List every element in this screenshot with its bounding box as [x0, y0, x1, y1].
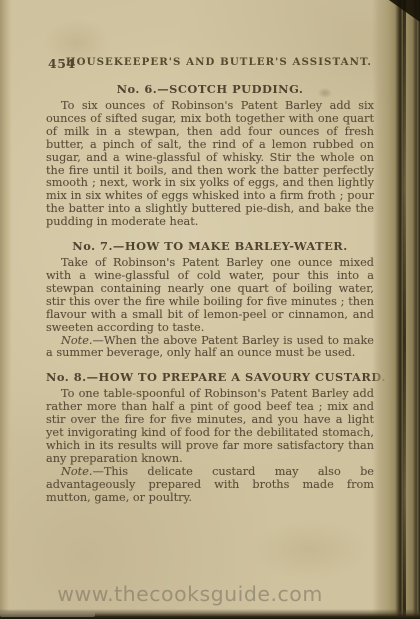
page-crease-line — [403, 0, 406, 619]
paper-stain — [250, 520, 370, 580]
section-barley-water: No. 7.—HOW TO MAKE BARLEY-WATER. Take of… — [46, 239, 374, 360]
page-number: 454 — [48, 56, 76, 71]
watermark-text: www.thecooksguide.com — [0, 582, 380, 606]
scanned-book-page: 454 HOUSEKEEPER'S AND BUTLER'S ASSISTANT… — [0, 0, 420, 619]
section-scotch-pudding: No. 6.—SCOTCH PUDDING. To six ounces of … — [46, 82, 374, 229]
book-gutter-edge — [0, 0, 12, 619]
section-body: To one table-spoonful of Robinson's Pate… — [46, 388, 374, 465]
section-savoury-custard: No. 8.—HOW TO PREPARE A SAVOURY CUSTARD.… — [46, 370, 374, 504]
note-text: —This delicate custard may also be advan… — [46, 465, 374, 504]
section-heading: No. 8.—HOW TO PREPARE A SAVOURY CUSTARD. — [46, 370, 374, 384]
note-text: —When the above Patent Barley is used to… — [46, 334, 374, 360]
section-body: To six ounces of Robinson's Patent Barle… — [46, 100, 374, 229]
section-note: Note.—When the above Patent Barley is us… — [46, 335, 374, 361]
note-lead: Note. — [61, 465, 93, 478]
page-stack-edge — [372, 0, 420, 619]
section-heading: No. 6.—SCOTCH PUDDING. — [46, 82, 374, 96]
bottom-left-page-edge — [0, 611, 95, 617]
section-heading: No. 7.—HOW TO MAKE BARLEY-WATER. — [46, 239, 374, 253]
page-text-block: 454 HOUSEKEEPER'S AND BUTLER'S ASSISTANT… — [46, 56, 374, 504]
note-lead: Note. — [61, 334, 93, 347]
running-title: HOUSEKEEPER'S AND BUTLER'S ASSISTANT. — [46, 56, 374, 68]
section-body: Take of Robinson's Patent Barley one oun… — [46, 257, 374, 334]
running-head: 454 HOUSEKEEPER'S AND BUTLER'S ASSISTANT… — [46, 56, 374, 71]
section-note: Note.—This delicate custard may also be … — [46, 466, 374, 505]
